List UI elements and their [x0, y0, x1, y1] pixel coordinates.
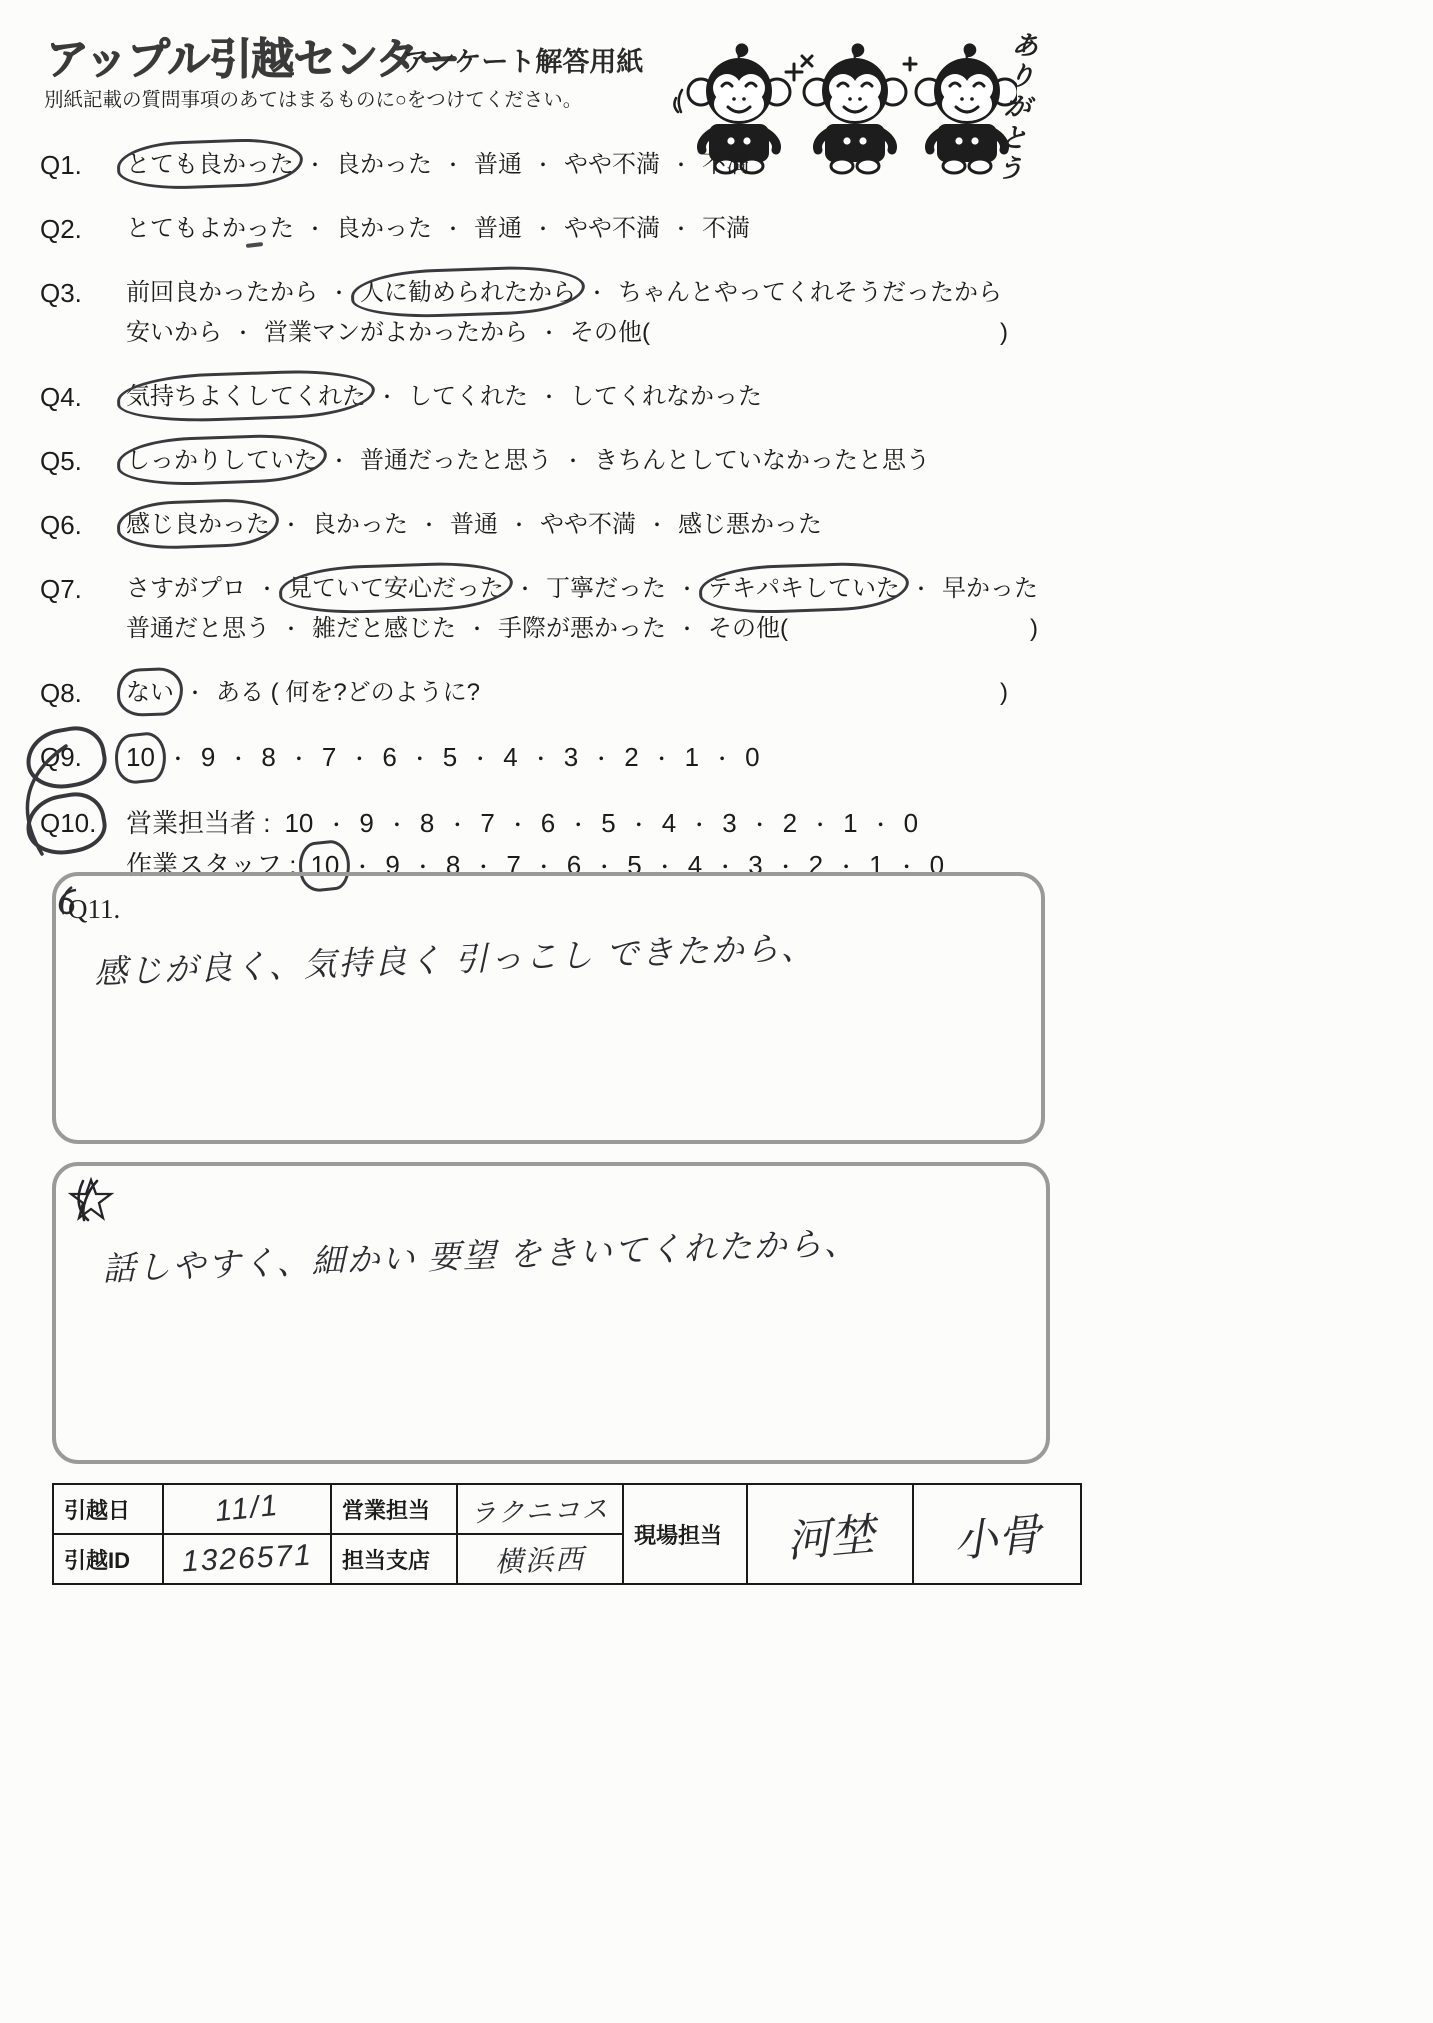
tail-paren: ) — [1000, 318, 1008, 348]
option-separator: ・ — [563, 447, 583, 477]
questions: Q1.とても良かった・良かった・普通・やや不満・不満Q2.とてもよかった・良かっ… — [40, 150, 1008, 916]
comment-box-star: 話しやすく、細かい 要望 をきいてくれたから、 — [52, 1162, 1050, 1464]
answer-option: 9 — [359, 808, 373, 838]
answer-option: 2 — [624, 742, 638, 772]
answer-option: 普通 — [474, 214, 522, 244]
answer-option-circled: 気持ちよくしてくれた — [126, 382, 366, 412]
question-row: Q8.ない・ある ( 何を?どのように?) — [40, 678, 1008, 709]
answer-option: 良かった — [312, 510, 408, 540]
answer-option: してくれなかった — [570, 382, 762, 412]
question-options: さすがプロ・見ていて安心だった・丁寧だった・テキパキしていた・早かった普通だと思… — [126, 574, 1038, 645]
question-row: Q4.気持ちよくしてくれた・してくれた・してくれなかった — [40, 382, 1008, 413]
question-row: Q1.とても良かった・良かった・普通・やや不満・不満 — [40, 150, 1008, 181]
option-separator: ・ — [539, 383, 559, 413]
answer-option: 普通だったと思う — [360, 446, 552, 476]
answer-option: ある ( 何を?どのように? — [216, 678, 480, 708]
question-id: Q8. — [40, 678, 126, 709]
question-options: 感じ良かった・良かった・普通・やや不満・感じ悪かった — [126, 510, 1008, 541]
answer-option: 6 — [541, 808, 555, 838]
answer-option: 5 — [601, 808, 615, 838]
answer-option: その他( — [570, 318, 650, 348]
option-separator: ・ — [281, 615, 301, 645]
option-separator: ・ — [329, 447, 349, 477]
answer-option-circled: しっかりしていた — [126, 446, 318, 476]
answer-option: 丁寧だった — [546, 574, 666, 604]
answer-option-circled: 10 — [126, 742, 155, 772]
question-options: 10・9・8・7・6・5・4・3・2・1・0 — [126, 742, 1008, 775]
answer-option: 2 — [783, 808, 797, 838]
question-id: Q6. — [40, 510, 126, 541]
label-site-rep: 現場担当 — [623, 1484, 747, 1584]
instruction-text: 別紙記載の質問事項のあてはまるものに○をつけてください。 — [44, 84, 582, 112]
option-separator: ・ — [533, 151, 553, 181]
value-site-rep-2: 小骨 — [913, 1484, 1081, 1584]
option-separator: ・ — [652, 745, 672, 775]
option-separator: ・ — [447, 811, 467, 841]
option-separator: ・ — [677, 615, 697, 645]
value-move-date: 11/1 — [163, 1484, 331, 1534]
option-line: 感じ良かった・良かった・普通・やや不満・感じ悪かった — [126, 510, 1008, 541]
option-separator: ・ — [228, 745, 248, 775]
answer-option: 安いから — [126, 318, 222, 348]
answer-option: 普通 — [474, 150, 522, 180]
answer-option: してくれた — [408, 382, 528, 412]
option-separator: ・ — [508, 811, 528, 841]
answer-option: 10 — [284, 808, 313, 838]
answer-option: 手際が悪かった — [498, 614, 666, 644]
answer-option-circled: 人に勧められたから — [360, 278, 576, 308]
option-separator: ・ — [387, 811, 407, 841]
option-separator: ・ — [591, 745, 611, 775]
answer-option: 不満 — [702, 150, 750, 180]
form-title: アンケート解答用紙 — [402, 40, 643, 79]
question-id: Q2. — [40, 214, 126, 245]
option-separator: ・ — [911, 575, 931, 605]
answer-option: 6 — [382, 742, 396, 772]
option-separator: ・ — [467, 615, 487, 645]
answer-option: 良かった — [336, 150, 432, 180]
answer-option: 7 — [322, 742, 336, 772]
comment-box-q11: Q11. 感じが良く、気持良く 引っこし できたから、 — [52, 872, 1045, 1144]
option-separator: ・ — [410, 745, 430, 775]
option-line: しっかりしていた・普通だったと思う・きちんとしていなかったと思う — [126, 446, 1008, 477]
answer-option: 普通 — [450, 510, 498, 540]
question-options: ない・ある ( 何を?どのように?) — [126, 678, 1008, 709]
answer-option: 早かった — [942, 574, 1038, 604]
answer-option: 1 — [685, 742, 699, 772]
answer-option: 普通だと思う — [126, 614, 270, 644]
option-separator: ・ — [326, 811, 346, 841]
option-separator: ・ — [470, 745, 490, 775]
answer-option-circled: ない — [126, 678, 174, 708]
option-separator: ・ — [419, 511, 439, 541]
footer-table: 引越日 11/1 営業担当 ラクニコス 現場担当 河埜 小骨 引越ID 1326… — [52, 1483, 1082, 1585]
answer-option: 不満 — [702, 214, 750, 244]
answer-option: 良かった — [336, 214, 432, 244]
option-separator: ・ — [305, 151, 325, 181]
answer-option: 1 — [843, 808, 857, 838]
option-line: 前回良かったから・人に勧められたから・ちゃんとやってくれそうだったから — [126, 278, 1008, 309]
option-separator: ・ — [568, 811, 588, 841]
question-id: Q7. — [40, 574, 126, 645]
option-separator: ・ — [689, 811, 709, 841]
option-separator: ・ — [168, 745, 188, 775]
option-line: 営業担当者 :10・9・8・7・6・5・4・3・2・1・0 — [126, 808, 1008, 841]
question-row: Q9.10・9・8・7・6・5・4・3・2・1・0 — [40, 742, 1008, 775]
answer-option: 感じ悪かった — [678, 510, 822, 540]
option-line: さすがプロ・見ていて安心だった・丁寧だった・テキパキしていた・早かった — [126, 574, 1038, 605]
tail-paren: ) — [1030, 614, 1038, 644]
label-branch: 担当支店 — [331, 1534, 457, 1584]
answer-option: 0 — [904, 808, 918, 838]
table-row: 引越日 11/1 営業担当 ラクニコス 現場担当 河埜 小骨 — [53, 1484, 1081, 1534]
option-separator: ・ — [443, 151, 463, 181]
answer-option: 8 — [420, 808, 434, 838]
answer-option: 3 — [564, 742, 578, 772]
option-separator: ・ — [329, 279, 349, 309]
option-separator: ・ — [712, 745, 732, 775]
value-branch: 横浜西 — [457, 1534, 623, 1584]
answer-option: 雑だと感じた — [312, 614, 456, 644]
label-move-id: 引越ID — [53, 1534, 163, 1584]
value-move-id: 1326571 — [163, 1534, 331, 1584]
question-row: Q2.とてもよかった・良かった・普通・やや不満・不満 — [40, 214, 1008, 245]
option-separator: ・ — [587, 279, 607, 309]
option-line: 普通だと思う・雑だと感じた・手際が悪かった・その他() — [126, 614, 1038, 645]
answer-option: 0 — [745, 742, 759, 772]
option-separator: ・ — [647, 511, 667, 541]
option-separator: ・ — [671, 151, 691, 181]
option-line: とても良かった・良かった・普通・やや不満・不満 — [126, 150, 1008, 181]
answer-option: 4 — [662, 808, 676, 838]
answer-option-circled: とても良かった — [126, 150, 294, 180]
answer-option: 9 — [201, 742, 215, 772]
survey-sheet: アップル引越センター アンケート解答用紙 別紙記載の質問事項のあてはまるものに○… — [0, 0, 1433, 2023]
answer-option: ちゃんとやってくれそうだったから — [618, 278, 1002, 308]
option-separator: ・ — [233, 319, 253, 349]
option-separator: ・ — [531, 745, 551, 775]
option-separator: ・ — [257, 575, 277, 605]
answer-option: 前回良かったから — [126, 278, 318, 308]
option-separator: ・ — [443, 215, 463, 245]
handwritten-comment: 話しやすく、細かい 要望 をきいてくれたから、 — [101, 1217, 859, 1290]
value-sales-rep: ラクニコス — [457, 1484, 623, 1534]
answer-option: とてもよかった — [126, 214, 294, 244]
option-separator: ・ — [377, 383, 397, 413]
question-id: Q4. — [40, 382, 126, 413]
handwritten-comment: 感じが良く、気持良く 引っこし できたから、 — [93, 921, 816, 993]
answer-option: 3 — [722, 808, 736, 838]
question-row: Q7.さすがプロ・見ていて安心だった・丁寧だった・テキパキしていた・早かった普通… — [40, 574, 1008, 645]
option-separator: ・ — [185, 679, 205, 709]
answer-option: やや不満 — [564, 150, 660, 180]
question-id: Q1. — [40, 150, 126, 181]
question-row: Q5.しっかりしていた・普通だったと思う・きちんとしていなかったと思う — [40, 446, 1008, 477]
answer-option: その他( — [708, 614, 788, 644]
option-separator: ・ — [750, 811, 770, 841]
option-line: 安いから・営業マンがよかったから・その他() — [126, 318, 1008, 349]
option-separator: ・ — [515, 575, 535, 605]
answer-option: 4 — [503, 742, 517, 772]
question-options: 前回良かったから・人に勧められたから・ちゃんとやってくれそうだったから安いから・… — [126, 278, 1008, 349]
answer-option: 営業マンがよかったから — [264, 318, 528, 348]
pen-connector-line — [16, 742, 86, 872]
question-row: Q6.感じ良かった・良かった・普通・やや不満・感じ悪かった — [40, 510, 1008, 541]
option-separator: ・ — [281, 511, 301, 541]
question-options: 気持ちよくしてくれた・してくれた・してくれなかった — [126, 382, 1008, 413]
option-separator: ・ — [305, 215, 325, 245]
option-separator: ・ — [533, 215, 553, 245]
option-separator: ・ — [509, 511, 529, 541]
question-options: とてもよかった・良かった・普通・やや不満・不満 — [126, 214, 1008, 245]
option-line: 10・9・8・7・6・5・4・3・2・1・0 — [126, 742, 1008, 775]
answer-option-circled: 見ていて安心だった — [288, 574, 504, 604]
answer-option: さすがプロ — [126, 574, 246, 604]
option-separator: ・ — [871, 811, 891, 841]
star-scribble-icon — [68, 1176, 114, 1224]
answer-option: きちんとしていなかったと思う — [594, 446, 930, 476]
tail-paren: ) — [1000, 678, 1008, 708]
brand-title: アップル引越センター — [46, 26, 460, 87]
question-row: Q3.前回良かったから・人に勧められたから・ちゃんとやってくれそうだったから安い… — [40, 278, 1008, 349]
option-separator: ・ — [629, 811, 649, 841]
option-separator: ・ — [349, 745, 369, 775]
option-separator: ・ — [671, 215, 691, 245]
option-line: ない・ある ( 何を?どのように?) — [126, 678, 1008, 709]
answer-option: やや不満 — [540, 510, 636, 540]
option-separator: ・ — [677, 575, 697, 605]
option-separator: ・ — [539, 319, 559, 349]
option-line: とてもよかった・良かった・普通・やや不満・不満 — [126, 214, 1008, 245]
option-prefix: 営業担当者 : — [126, 808, 270, 838]
question-id: Q5. — [40, 446, 126, 477]
answer-option: 5 — [443, 742, 457, 772]
question-id: Q3. — [40, 278, 126, 349]
option-separator: ・ — [289, 745, 309, 775]
answer-option: 7 — [480, 808, 494, 838]
question-options: しっかりしていた・普通だったと思う・きちんとしていなかったと思う — [126, 446, 1008, 477]
answer-option: 8 — [261, 742, 275, 772]
answer-option-circled: テキパキしていた — [708, 574, 900, 604]
comment-box-label: Q11. — [68, 894, 120, 925]
label-move-date: 引越日 — [53, 1484, 163, 1534]
answer-option-circled: 感じ良かった — [126, 510, 270, 540]
answer-option: やや不満 — [564, 214, 660, 244]
label-sales-rep: 営業担当 — [331, 1484, 457, 1534]
option-line: 気持ちよくしてくれた・してくれた・してくれなかった — [126, 382, 1008, 413]
value-site-rep-1: 河埜 — [747, 1484, 913, 1584]
question-options: とても良かった・良かった・普通・やや不満・不満 — [126, 150, 1008, 181]
option-separator: ・ — [810, 811, 830, 841]
